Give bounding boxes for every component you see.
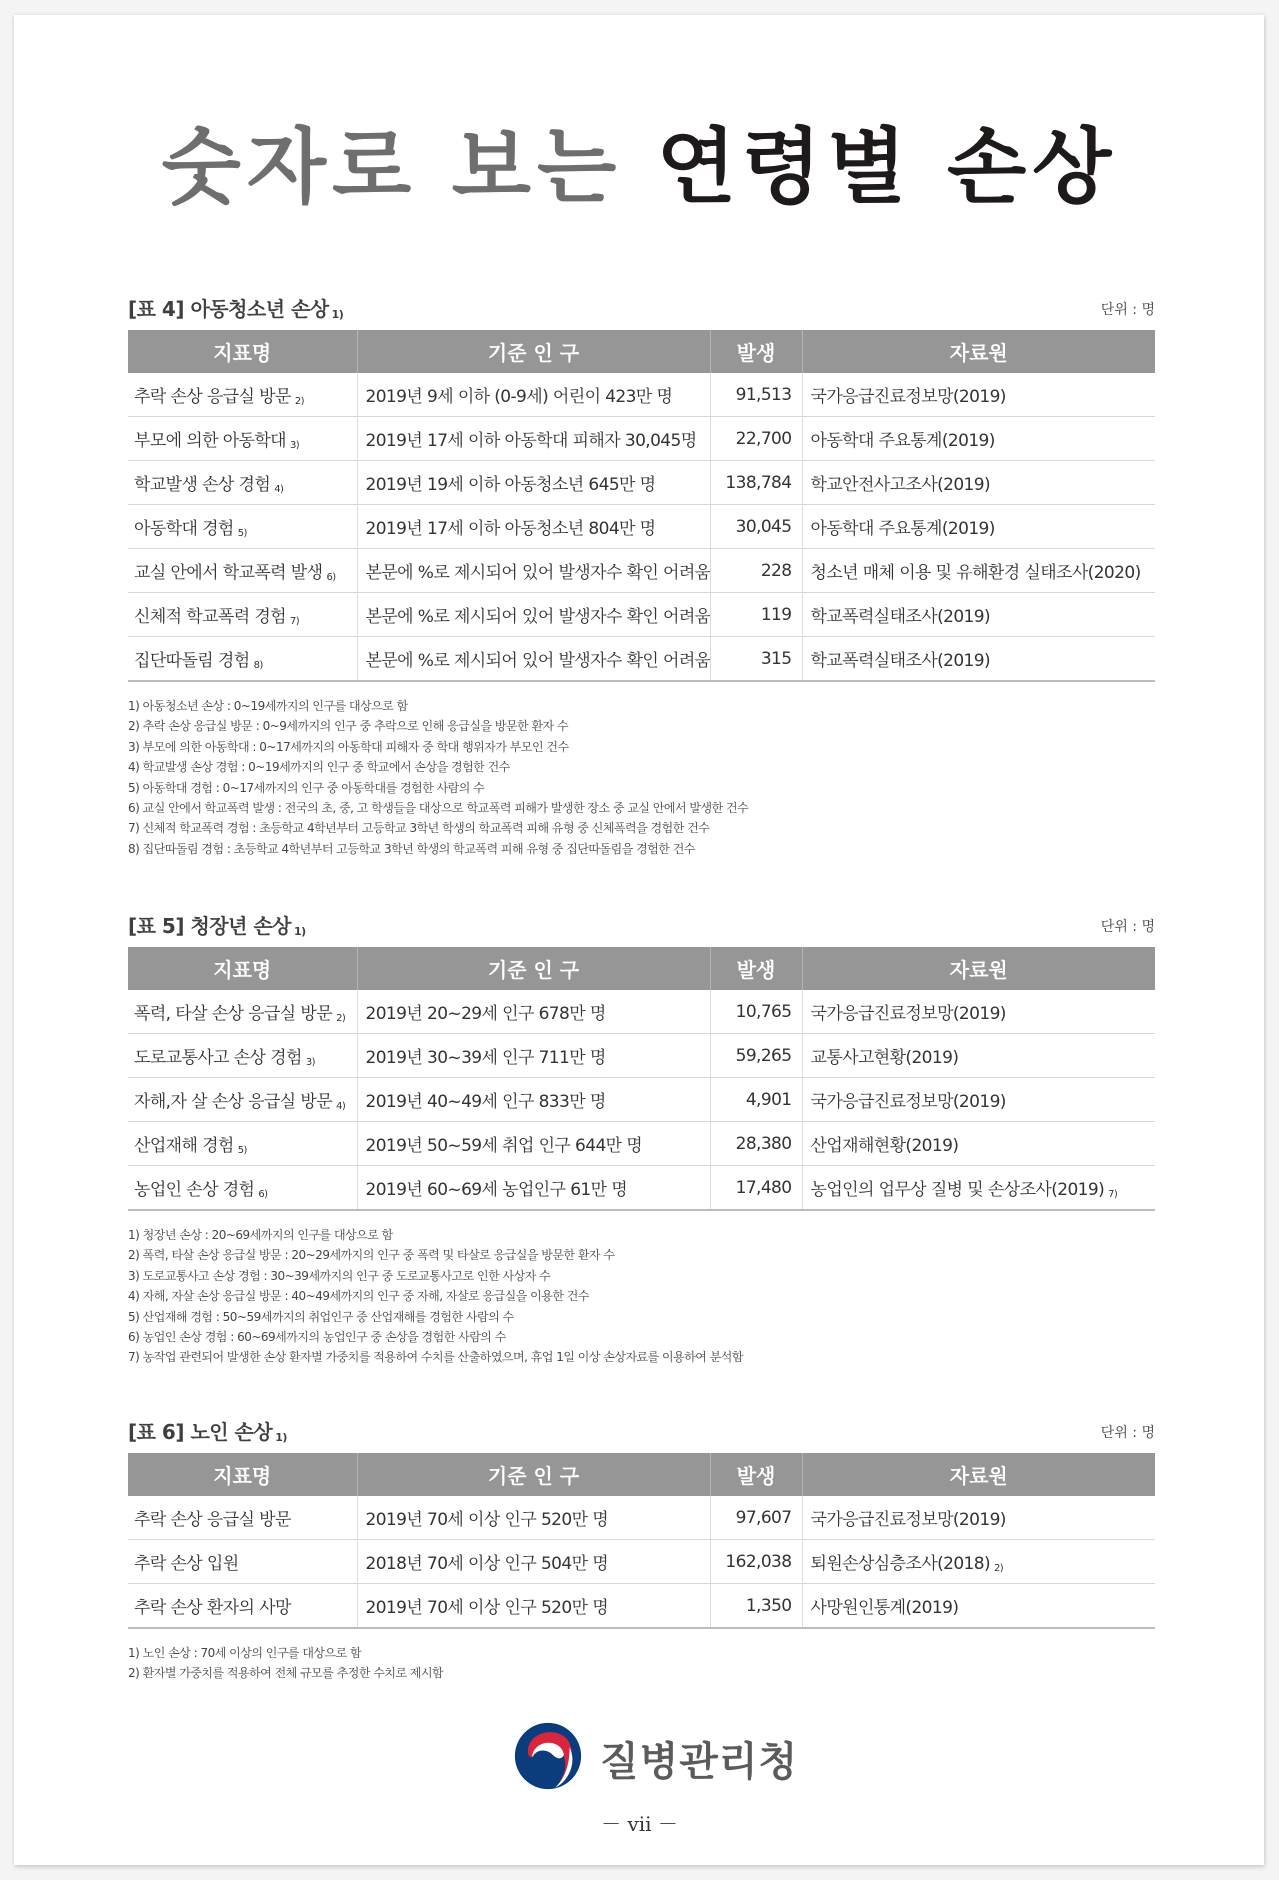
cell-count: 22,700: [710, 417, 802, 461]
footnote-marker: 6): [326, 572, 335, 583]
table-row: 부모에 의한 아동학대3)2019년 17세 이하 아동학대 피해자 30,04…: [128, 417, 1155, 461]
table6-footnotes: 1) 노인 손상 : 70세 이상의 인구를 대상으로 함2) 환자별 가중치를…: [128, 1643, 1155, 1684]
page-number: － vii －: [0, 1808, 1279, 1837]
cell-count: 17,480: [710, 1166, 802, 1211]
table4-footnotes: 1) 아동청소년 손상 : 0~19세까지의 인구를 대상으로 함2) 추락 손…: [128, 696, 1155, 859]
cell-population: 2019년 40~49세 인구 833만 명: [357, 1078, 710, 1122]
cell-count: 162,038: [710, 1540, 802, 1584]
table-row: 학교발생 손상 경험4)2019년 19세 이하 아동청소년 645만 명138…: [128, 461, 1155, 505]
cell-source: 학교안전사고조사(2019): [802, 461, 1155, 505]
cell-count-text: 1,350: [746, 1596, 792, 1616]
table-row: 폭력, 타살 손상 응급실 방문2)2019년 20~29세 인구 678만 명…: [128, 990, 1155, 1034]
cell-count-text: 10,765: [736, 1002, 792, 1022]
footnote-marker: 3): [290, 440, 299, 451]
cell-count-text: 119: [761, 605, 792, 625]
cell-count: 228: [710, 549, 802, 593]
cell-population-text: 2019년 70세 이상 인구 520만 명: [366, 1598, 609, 1618]
table6-title-text: [표 6] 노인 손상: [128, 1420, 272, 1444]
cell-indicator: 농업인 손상 경험6): [128, 1166, 357, 1211]
cell-population: 본문에 %로 제시되어 있어 발생자수 확인 어려움: [357, 637, 710, 682]
cell-population-text: 2019년 60~69세 농업인구 61만 명: [366, 1180, 628, 1200]
table6-title: [표 6] 노인 손상1): [128, 1416, 287, 1445]
cell-population: 2019년 70세 이상 인구 520만 명: [357, 1496, 710, 1540]
cell-source: 학교폭력실태조사(2019): [802, 637, 1155, 682]
cell-indicator-text: 도로교통사고 손상 경험: [134, 1048, 302, 1068]
page-title-part2: 연령별 손상: [657, 120, 1118, 215]
cell-count-text: 30,045: [736, 517, 792, 537]
table-row: 아동학대 경험5)2019년 17세 이하 아동청소년 804만 명30,045…: [128, 505, 1155, 549]
cell-population: 2019년 70세 이상 인구 520만 명: [357, 1584, 710, 1629]
footnote-marker: 5): [238, 1145, 247, 1156]
footnote: 6) 농업인 손상 경험 : 60~69세까지의 농업인구 중 손상을 경험한 …: [128, 1327, 1155, 1347]
table-row: 교실 안에서 학교폭력 발생6)본문에 %로 제시되어 있어 발생자수 확인 어…: [128, 549, 1155, 593]
footnote: 1) 청장년 손상 : 20~69세까지의 인구를 대상으로 함: [128, 1225, 1155, 1245]
column-header-indicator: 지표명: [128, 947, 357, 990]
cell-population-text: 2019년 17세 이하 아동청소년 804만 명: [366, 519, 656, 539]
column-header-indicator: 지표명: [128, 1453, 357, 1496]
cell-indicator: 학교발생 손상 경험4): [128, 461, 357, 505]
cell-indicator-text: 추락 손상 환자의 사망: [134, 1598, 291, 1618]
cell-count: 91,513: [710, 373, 802, 417]
column-header-source: 자료원: [802, 330, 1155, 373]
table-row: 추락 손상 응급실 방문2019년 70세 이상 인구 520만 명97,607…: [128, 1496, 1155, 1540]
cell-source-text: 교통사고현황(2019): [811, 1048, 959, 1068]
footnote-marker: 2): [994, 1563, 1003, 1574]
cell-count-text: 315: [761, 649, 792, 669]
footnote-marker: 4): [274, 484, 283, 495]
cell-population: 본문에 %로 제시되어 있어 발생자수 확인 어려움: [357, 593, 710, 637]
table-row: 추락 손상 환자의 사망2019년 70세 이상 인구 520만 명1,350사…: [128, 1584, 1155, 1629]
footnote-marker: 7): [1108, 1189, 1117, 1200]
cell-population-text: 2019년 70세 이상 인구 520만 명: [366, 1510, 609, 1530]
cell-indicator: 추락 손상 입원: [128, 1540, 357, 1584]
cell-count: 138,784: [710, 461, 802, 505]
table5-unit-label: 단위 : 명: [1101, 916, 1155, 936]
cell-indicator-text: 교실 안에서 학교폭력 발생: [134, 563, 322, 583]
cell-population-text: 본문에 %로 제시되어 있어 발생자수 확인 어려움: [366, 607, 711, 627]
column-header-count: 발생: [710, 330, 802, 373]
cell-count: 97,607: [710, 1496, 802, 1540]
cell-population-text: 2019년 40~49세 인구 833만 명: [366, 1092, 606, 1112]
cell-indicator-text: 아동학대 경험: [134, 519, 234, 539]
footnote-marker: 2): [295, 396, 304, 407]
column-header-source: 자료원: [802, 1453, 1155, 1496]
cell-indicator-text: 부모에 의한 아동학대: [134, 431, 286, 451]
cell-indicator: 자해,자 살 손상 응급실 방문4): [128, 1078, 357, 1122]
column-header-count: 발생: [710, 1453, 802, 1496]
cell-source: 아동학대 주요통계(2019): [802, 505, 1155, 549]
footnote: 8) 집단따돌림 경험 : 초등학교 4학년부터 고등학교 3학년 학생의 학교…: [128, 839, 1155, 859]
footnote: 7) 농작업 관련되어 발생한 손상 환자별 가중치를 적용하여 수치를 산출하…: [128, 1347, 1155, 1367]
cell-count-text: 162,038: [725, 1552, 791, 1572]
cell-indicator: 아동학대 경험5): [128, 505, 357, 549]
footnote: 2) 폭력, 타살 손상 응급실 방문 : 20~29세까지의 인구 중 폭력 …: [128, 1245, 1155, 1265]
table5-footnotes: 1) 청장년 손상 : 20~69세까지의 인구를 대상으로 함2) 폭력, 타…: [128, 1225, 1155, 1368]
cell-indicator-text: 추락 손상 응급실 방문: [134, 387, 291, 407]
footnote: 7) 신체적 학교폭력 경험 : 초등학교 4학년부터 고등학교 3학년 학생의…: [128, 818, 1155, 838]
footnote: 1) 아동청소년 손상 : 0~19세까지의 인구를 대상으로 함: [128, 696, 1155, 716]
cell-count-text: 91,513: [736, 385, 792, 405]
taegeuk-emblem-icon: [512, 1720, 584, 1796]
cell-source: 국가응급진료정보망(2019): [802, 373, 1155, 417]
table-row: 자해,자 살 손상 응급실 방문4)2019년 40~49세 인구 833만 명…: [128, 1078, 1155, 1122]
cell-population-text: 본문에 %로 제시되어 있어 발생자수 확인 어려움: [366, 651, 711, 671]
table-header-row: 지표명 기준 인 구 발생 자료원: [128, 1453, 1155, 1496]
cell-source: 학교폭력실태조사(2019): [802, 593, 1155, 637]
page-title-part1: 숫자로 보는: [162, 120, 657, 215]
cell-source: 사망원인통계(2019): [802, 1584, 1155, 1629]
table-row: 추락 손상 입원2018년 70세 이상 인구 504만 명162,038퇴원손…: [128, 1540, 1155, 1584]
cell-source-text: 학교안전사고조사(2019): [811, 475, 991, 495]
cell-indicator-text: 학교발생 손상 경험: [134, 475, 270, 495]
table5-title-text: [표 5] 청장년 손상: [128, 914, 291, 938]
table5-title: [표 5] 청장년 손상1): [128, 910, 306, 939]
footnote: 6) 교실 안에서 학교폭력 발생 : 전국의 초, 중, 고 학생들을 대상으…: [128, 798, 1155, 818]
cell-indicator-text: 폭력, 타살 손상 응급실 방문: [134, 1004, 332, 1024]
cell-population: 2019년 50~59세 취업 인구 644만 명: [357, 1122, 710, 1166]
footnote: 5) 산업재해 경험 : 50~59세까지의 취업인구 중 산업재해를 경험한 …: [128, 1307, 1155, 1327]
cell-indicator: 집단따돌림 경험8): [128, 637, 357, 682]
cell-indicator: 신체적 학교폭력 경험7): [128, 593, 357, 637]
cell-source: 국가응급진료정보망(2019): [802, 990, 1155, 1034]
cell-population: 2019년 60~69세 농업인구 61만 명: [357, 1166, 710, 1211]
table6: 지표명 기준 인 구 발생 자료원 추락 손상 응급실 방문2019년 70세 …: [128, 1453, 1155, 1629]
cell-count: 315: [710, 637, 802, 682]
column-header-population: 기준 인 구: [357, 330, 710, 373]
footnote: 5) 아동학대 경험 : 0~17세까지의 인구 중 아동학대를 경험한 사람의…: [128, 778, 1155, 798]
cell-indicator-text: 산업재해 경험: [134, 1136, 234, 1156]
footnote: 3) 도로교통사고 손상 경험 : 30~39세까지의 인구 중 도로교통사고로…: [128, 1266, 1155, 1286]
cell-count: 119: [710, 593, 802, 637]
cell-population: 2018년 70세 이상 인구 504만 명: [357, 1540, 710, 1584]
table-row: 도로교통사고 손상 경험3)2019년 30~39세 인구 711만 명59,2…: [128, 1034, 1155, 1078]
table-header-row: 지표명 기준 인 구 발생 자료원: [128, 330, 1155, 373]
footnote-marker: 3): [306, 1057, 315, 1068]
footnote-marker: 7): [290, 616, 299, 627]
cell-source: 국가응급진료정보망(2019): [802, 1496, 1155, 1540]
cell-source-text: 산업재해현황(2019): [811, 1136, 959, 1156]
cell-count-text: 97,607: [736, 1508, 792, 1528]
footnote-marker: 8): [254, 660, 263, 671]
cell-population: 2019년 20~29세 인구 678만 명: [357, 990, 710, 1034]
footnote-marker: 1): [294, 925, 306, 938]
cell-source-text: 퇴원손상심층조사(2018): [811, 1554, 991, 1574]
section-table4: [표 4] 아동청소년 손상1) 단위 : 명 지표명 기준 인 구 발생 자료…: [128, 293, 1155, 859]
cell-count-text: 59,265: [736, 1046, 792, 1066]
cell-indicator: 부모에 의한 아동학대3): [128, 417, 357, 461]
cell-source: 교통사고현황(2019): [802, 1034, 1155, 1078]
cell-population-text: 2019년 20~29세 인구 678만 명: [366, 1004, 606, 1024]
footnote: 2) 추락 손상 응급실 방문 : 0~9세까지의 인구 중 추락으로 인해 응…: [128, 716, 1155, 736]
cell-source-text: 국가응급진료정보망(2019): [811, 1004, 1006, 1024]
column-header-count: 발생: [710, 947, 802, 990]
cell-source-text: 청소년 매체 이용 및 유해환경 실태조사(2020): [811, 563, 1141, 583]
cell-population-text: 2019년 17세 이하 아동학대 피해자 30,045명: [366, 431, 697, 451]
cell-source: 퇴원손상심층조사(2018)2): [802, 1540, 1155, 1584]
cell-population-text: 2019년 30~39세 인구 711만 명: [366, 1048, 606, 1068]
cell-source: 산업재해현황(2019): [802, 1122, 1155, 1166]
cell-population-text: 2019년 19세 이하 아동청소년 645만 명: [366, 475, 656, 495]
footnote: 1) 노인 손상 : 70세 이상의 인구를 대상으로 함: [128, 1643, 1155, 1663]
cell-source-text: 학교폭력실태조사(2019): [811, 607, 991, 627]
footnote: 2) 환자별 가중치를 적용하여 전체 규모를 추정한 수치로 제시함: [128, 1663, 1155, 1683]
cell-count: 59,265: [710, 1034, 802, 1078]
cell-population-text: 2018년 70세 이상 인구 504만 명: [366, 1554, 609, 1574]
cell-source-text: 아동학대 주요통계(2019): [811, 519, 995, 539]
cell-indicator-text: 농업인 손상 경험: [134, 1180, 254, 1200]
cell-count: 28,380: [710, 1122, 802, 1166]
table4-title-text: [표 4] 아동청소년 손상: [128, 297, 329, 321]
cell-indicator-text: 추락 손상 입원: [134, 1554, 239, 1574]
table4-title: [표 4] 아동청소년 손상1): [128, 293, 343, 322]
cell-source: 농업인의 업무상 질병 및 손상조사(2019)7): [802, 1166, 1155, 1211]
cell-source-text: 국가응급진료정보망(2019): [811, 1510, 1006, 1530]
cell-indicator-text: 자해,자 살 손상 응급실 방문: [134, 1092, 332, 1112]
section-table5: [표 5] 청장년 손상1) 단위 : 명 지표명 기준 인 구 발생 자료원 …: [128, 910, 1155, 1368]
table5: 지표명 기준 인 구 발생 자료원 폭력, 타살 손상 응급실 방문2)2019…: [128, 947, 1155, 1211]
cell-indicator: 추락 손상 응급실 방문: [128, 1496, 357, 1540]
cell-indicator: 추락 손상 환자의 사망: [128, 1584, 357, 1629]
cell-population: 2019년 17세 이하 아동학대 피해자 30,045명: [357, 417, 710, 461]
cell-population-text: 본문에 %로 제시되어 있어 발생자수 확인 어려움: [366, 563, 711, 583]
cell-population: 본문에 %로 제시되어 있어 발생자수 확인 어려움: [357, 549, 710, 593]
table-row: 산업재해 경험5)2019년 50~59세 취업 인구 644만 명28,380…: [128, 1122, 1155, 1166]
cell-count-text: 28,380: [736, 1134, 792, 1154]
cell-indicator: 추락 손상 응급실 방문2): [128, 373, 357, 417]
cell-count-text: 4,901: [746, 1090, 792, 1110]
page-title: 숫자로 보는 연령별 손상: [0, 118, 1279, 218]
cell-indicator-text: 추락 손상 응급실 방문: [134, 1510, 291, 1530]
footnote-marker: 6): [258, 1189, 267, 1200]
cell-count-text: 22,700: [736, 429, 792, 449]
cell-population: 2019년 19세 이하 아동청소년 645만 명: [357, 461, 710, 505]
cell-count-text: 17,480: [736, 1178, 792, 1198]
cell-count-text: 228: [761, 561, 792, 581]
cell-source: 국가응급진료정보망(2019): [802, 1078, 1155, 1122]
cell-count: 30,045: [710, 505, 802, 549]
footnote-marker: 1): [275, 1431, 287, 1444]
cell-indicator: 폭력, 타살 손상 응급실 방문2): [128, 990, 357, 1034]
table-row: 집단따돌림 경험8)본문에 %로 제시되어 있어 발생자수 확인 어려움315학…: [128, 637, 1155, 682]
cell-count: 4,901: [710, 1078, 802, 1122]
column-header-population: 기준 인 구: [357, 947, 710, 990]
cell-source-text: 국가응급진료정보망(2019): [811, 387, 1006, 407]
column-header-indicator: 지표명: [128, 330, 357, 373]
footnote: 3) 부모에 의한 아동학대 : 0~17세까지의 아동학대 피해자 중 학대 …: [128, 737, 1155, 757]
footnote: 4) 자해, 자살 손상 응급실 방문 : 40~49세까지의 인구 중 자해,…: [128, 1286, 1155, 1306]
cell-source: 청소년 매체 이용 및 유해환경 실태조사(2020): [802, 549, 1155, 593]
table-header-row: 지표명 기준 인 구 발생 자료원: [128, 947, 1155, 990]
cell-indicator: 교실 안에서 학교폭력 발생6): [128, 549, 357, 593]
cell-population: 2019년 9세 이하 (0-9세) 어린이 423만 명: [357, 373, 710, 417]
cell-source-text: 농업인의 업무상 질병 및 손상조사(2019): [811, 1180, 1105, 1200]
cell-indicator-text: 집단따돌림 경험: [134, 651, 250, 671]
section-table6: [표 6] 노인 손상1) 단위 : 명 지표명 기준 인 구 발생 자료원 추…: [128, 1416, 1155, 1684]
table-row: 농업인 손상 경험6)2019년 60~69세 농업인구 61만 명17,480…: [128, 1166, 1155, 1211]
column-header-population: 기준 인 구: [357, 1453, 710, 1496]
cell-indicator-text: 신체적 학교폭력 경험: [134, 607, 286, 627]
cell-count-text: 138,784: [725, 473, 791, 493]
cell-count: 1,350: [710, 1584, 802, 1629]
footnote-marker: 2): [336, 1013, 345, 1024]
cell-source-text: 사망원인통계(2019): [811, 1598, 959, 1618]
organization-logo: 질병관리청: [512, 1720, 798, 1796]
cell-source-text: 아동학대 주요통계(2019): [811, 431, 995, 451]
table4-unit-label: 단위 : 명: [1101, 299, 1155, 319]
cell-population: 2019년 17세 이하 아동청소년 804만 명: [357, 505, 710, 549]
cell-population-text: 2019년 50~59세 취업 인구 644만 명: [366, 1136, 643, 1156]
footnote-marker: 1): [332, 308, 344, 321]
table4: 지표명 기준 인 구 발생 자료원 추락 손상 응급실 방문2)2019년 9세…: [128, 330, 1155, 682]
cell-indicator: 산업재해 경험5): [128, 1122, 357, 1166]
table-row: 신체적 학교폭력 경험7)본문에 %로 제시되어 있어 발생자수 확인 어려움1…: [128, 593, 1155, 637]
cell-source: 아동학대 주요통계(2019): [802, 417, 1155, 461]
cell-source-text: 국가응급진료정보망(2019): [811, 1092, 1006, 1112]
column-header-source: 자료원: [802, 947, 1155, 990]
table6-unit-label: 단위 : 명: [1101, 1422, 1155, 1442]
footnote-marker: 5): [238, 528, 247, 539]
cell-source-text: 학교폭력실태조사(2019): [811, 651, 991, 671]
cell-count: 10,765: [710, 990, 802, 1034]
organization-name: 질병관리청: [600, 1730, 798, 1787]
cell-population-text: 2019년 9세 이하 (0-9세) 어린이 423만 명: [366, 387, 673, 407]
table-row: 추락 손상 응급실 방문2)2019년 9세 이하 (0-9세) 어린이 423…: [128, 373, 1155, 417]
cell-indicator: 도로교통사고 손상 경험3): [128, 1034, 357, 1078]
footnote-marker: 4): [336, 1101, 345, 1112]
footnote: 4) 학교발생 손상 경험 : 0~19세까지의 인구 중 학교에서 손상을 경…: [128, 757, 1155, 777]
cell-population: 2019년 30~39세 인구 711만 명: [357, 1034, 710, 1078]
